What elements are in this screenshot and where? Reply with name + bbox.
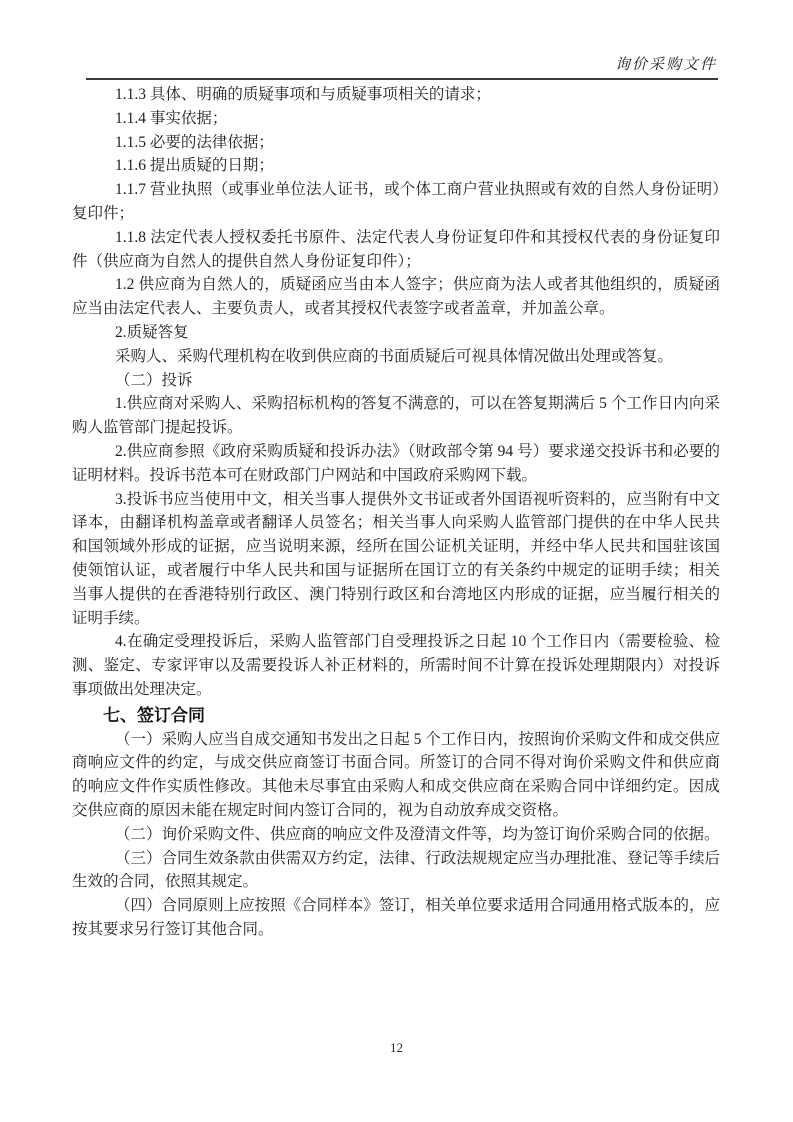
header-title: 询价采购文件 xyxy=(0,0,793,74)
clause-2-reply-title: 2.质疑答复 xyxy=(72,321,720,345)
section-heading-sign-contract: 七、签订合同 xyxy=(72,704,720,728)
contract-item-3: （三）合同生效条款由供需双方约定，法律、行政法规规定应当办理批准、登记等手续后生… xyxy=(72,847,720,895)
clause-1-1-8: 1.1.8 法定代表人授权委托书原件、法定代表人身份证复印件和其授权代表的身份证… xyxy=(72,226,720,274)
complaint-item-3: 3.投诉书应当使用中文，相关当事人提供外文书证或者外国语视听资料的，应当附有中文… xyxy=(72,488,720,631)
clause-1-1-5: 1.1.5 必要的法律依据； xyxy=(72,131,720,155)
page-number: 12 xyxy=(390,1040,403,1055)
clause-1-1-7: 1.1.7 营业执照（或事业单位法人证书，或个体工商户营业执照或有效的自然人身份… xyxy=(72,178,720,226)
complaint-item-1: 1.供应商对采购人、采购招标机构的答复不满意的，可以在答复期满后 5 个工作日内… xyxy=(72,392,720,440)
clause-1-1-6: 1.1.6 提出质疑的日期； xyxy=(72,154,720,178)
page-footer: 12 xyxy=(0,1040,793,1056)
document-page: 询价采购文件 1.1.3 具体、明确的质疑事项和与质疑事项相关的请求； 1.1.… xyxy=(0,0,793,1122)
document-body: 1.1.3 具体、明确的质疑事项和与质疑事项相关的请求； 1.1.4 事实依据；… xyxy=(72,83,720,942)
complaint-item-2: 2.供应商参照《政府采购质疑和投诉办法》（财政部令第 94 号）要求递交投诉书和… xyxy=(72,440,720,488)
page-header: 询价采购文件 xyxy=(0,0,793,80)
contract-item-1: （一）采购人应当自成交通知书发出之日起 5 个工作日内，按照询价采购文件和成交供… xyxy=(72,728,720,823)
contract-item-4: （四）合同原则上应按照《合同样本》签订，相关单位要求适用合同通用格式版本的，应按… xyxy=(72,894,720,942)
complaint-item-4: 4.在确定受理投诉后，采购人监管部门自受理投诉之日起 10 个工作日内（需要检验… xyxy=(72,630,720,701)
header-rule xyxy=(86,78,718,80)
clause-1-1-4: 1.1.4 事实依据； xyxy=(72,107,720,131)
contract-item-2: （二）询价采购文件、供应商的响应文件及澄清文件等，均为签订询价采购合同的依据。 xyxy=(72,823,720,847)
clause-1-2: 1.2 供应商为自然人的，质疑函应当由本人签字；供应商为法人或者其他组织的，质疑… xyxy=(72,273,720,321)
clause-2-reply-body: 采购人、采购代理机构在收到供应商的书面质疑后可视具体情况做出处理或答复。 xyxy=(72,345,720,369)
section-complaint-title: （二）投诉 xyxy=(72,369,720,393)
clause-1-1-3: 1.1.3 具体、明确的质疑事项和与质疑事项相关的请求； xyxy=(72,83,720,107)
